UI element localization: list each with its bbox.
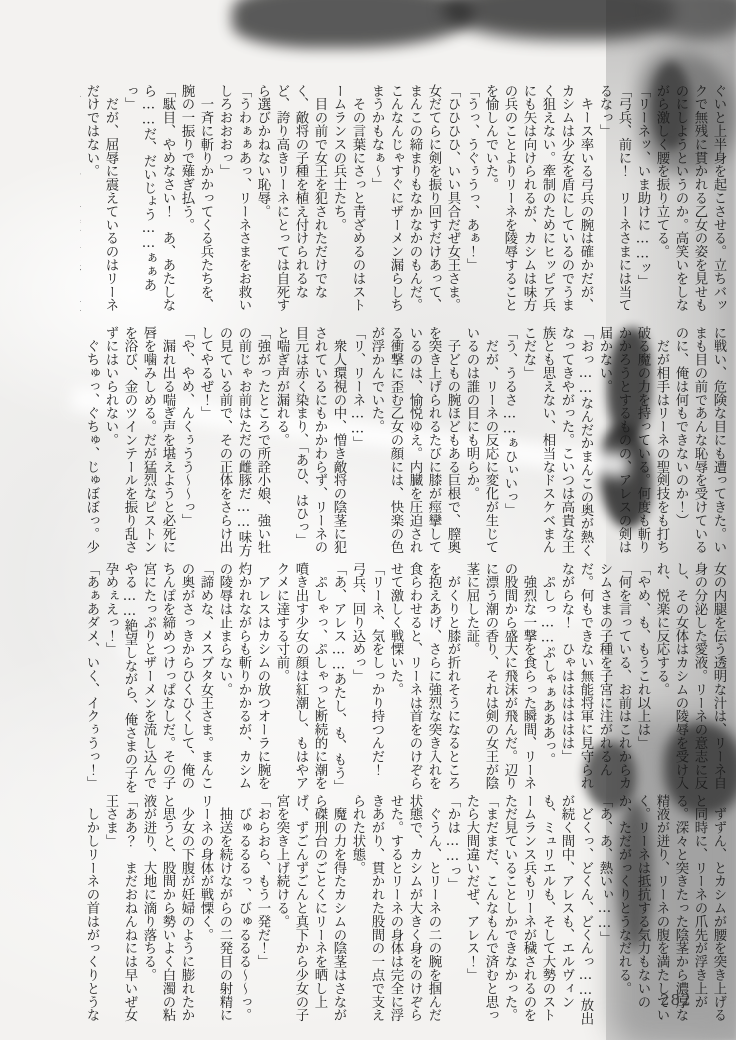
page-number: 282 (660, 991, 692, 1009)
text-band-4: ずずん、とカシムが腰を突き上げると同時に、リーネの爪先が浮き上がる。深々と突きた… (80, 794, 728, 1026)
scan-stain-top-center (442, 0, 674, 40)
text-band-2: に戦い、危険な目にも遭ってきた。いまも目の前であんな恥辱を受けているのに、俺は何… (80, 326, 728, 558)
text-band-1: ぐいと上半身を起こさせる。立ちバックで無残に貫かれる乙女の姿を見せものにしようと… (80, 84, 728, 316)
text-band-3: 女の内腿を伝う透明な汁は、リーネ自身の分泌した愛液。リーネの意志に反し、その女体… (80, 562, 728, 794)
scan-stain-top-left (232, 0, 474, 48)
scan-stain-top-right (650, 0, 736, 40)
scanned-book-page: { "page": { "number": "282", "bands": [ … (0, 0, 736, 1040)
